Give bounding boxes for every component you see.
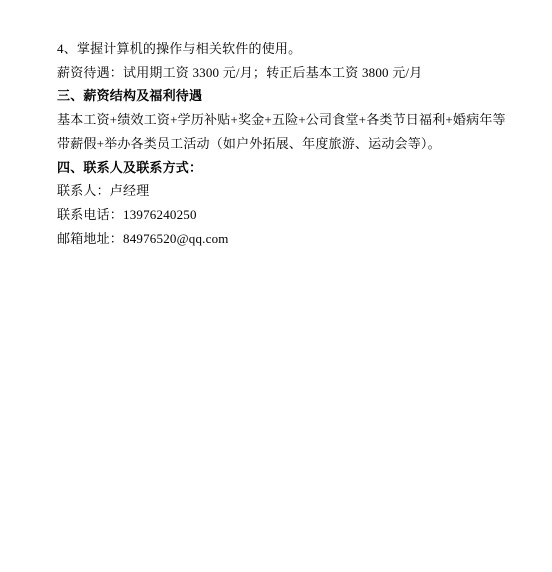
contact-phone-line: 联系电话：13976240250 bbox=[57, 203, 502, 227]
contact-person-line: 联系人：卢经理 bbox=[57, 179, 502, 203]
benefits-line-1: 基本工资+绩效工资+学历补贴+奖金+五险+公司食堂+各类节日福利+婚病年等 bbox=[57, 108, 502, 132]
benefits-line-2: 带薪假+举办各类员工活动（如户外拓展、年度旅游、运动会等）。 bbox=[57, 132, 502, 156]
document-page: 4、掌握计算机的操作与相关软件的使用。 薪资待遇：试用期工资 3300 元/月；… bbox=[0, 0, 552, 572]
contact-email-line: 邮箱地址：84976520@qq.com bbox=[57, 227, 502, 251]
section-heading-contact: 四、联系人及联系方式： bbox=[57, 156, 502, 180]
section-heading-salary-benefits: 三、薪资结构及福利待遇 bbox=[57, 84, 502, 108]
salary-summary-line: 薪资待遇：试用期工资 3300 元/月；转正后基本工资 3800 元/月 bbox=[57, 61, 502, 85]
requirement-item-4: 4、掌握计算机的操作与相关软件的使用。 bbox=[57, 37, 502, 61]
